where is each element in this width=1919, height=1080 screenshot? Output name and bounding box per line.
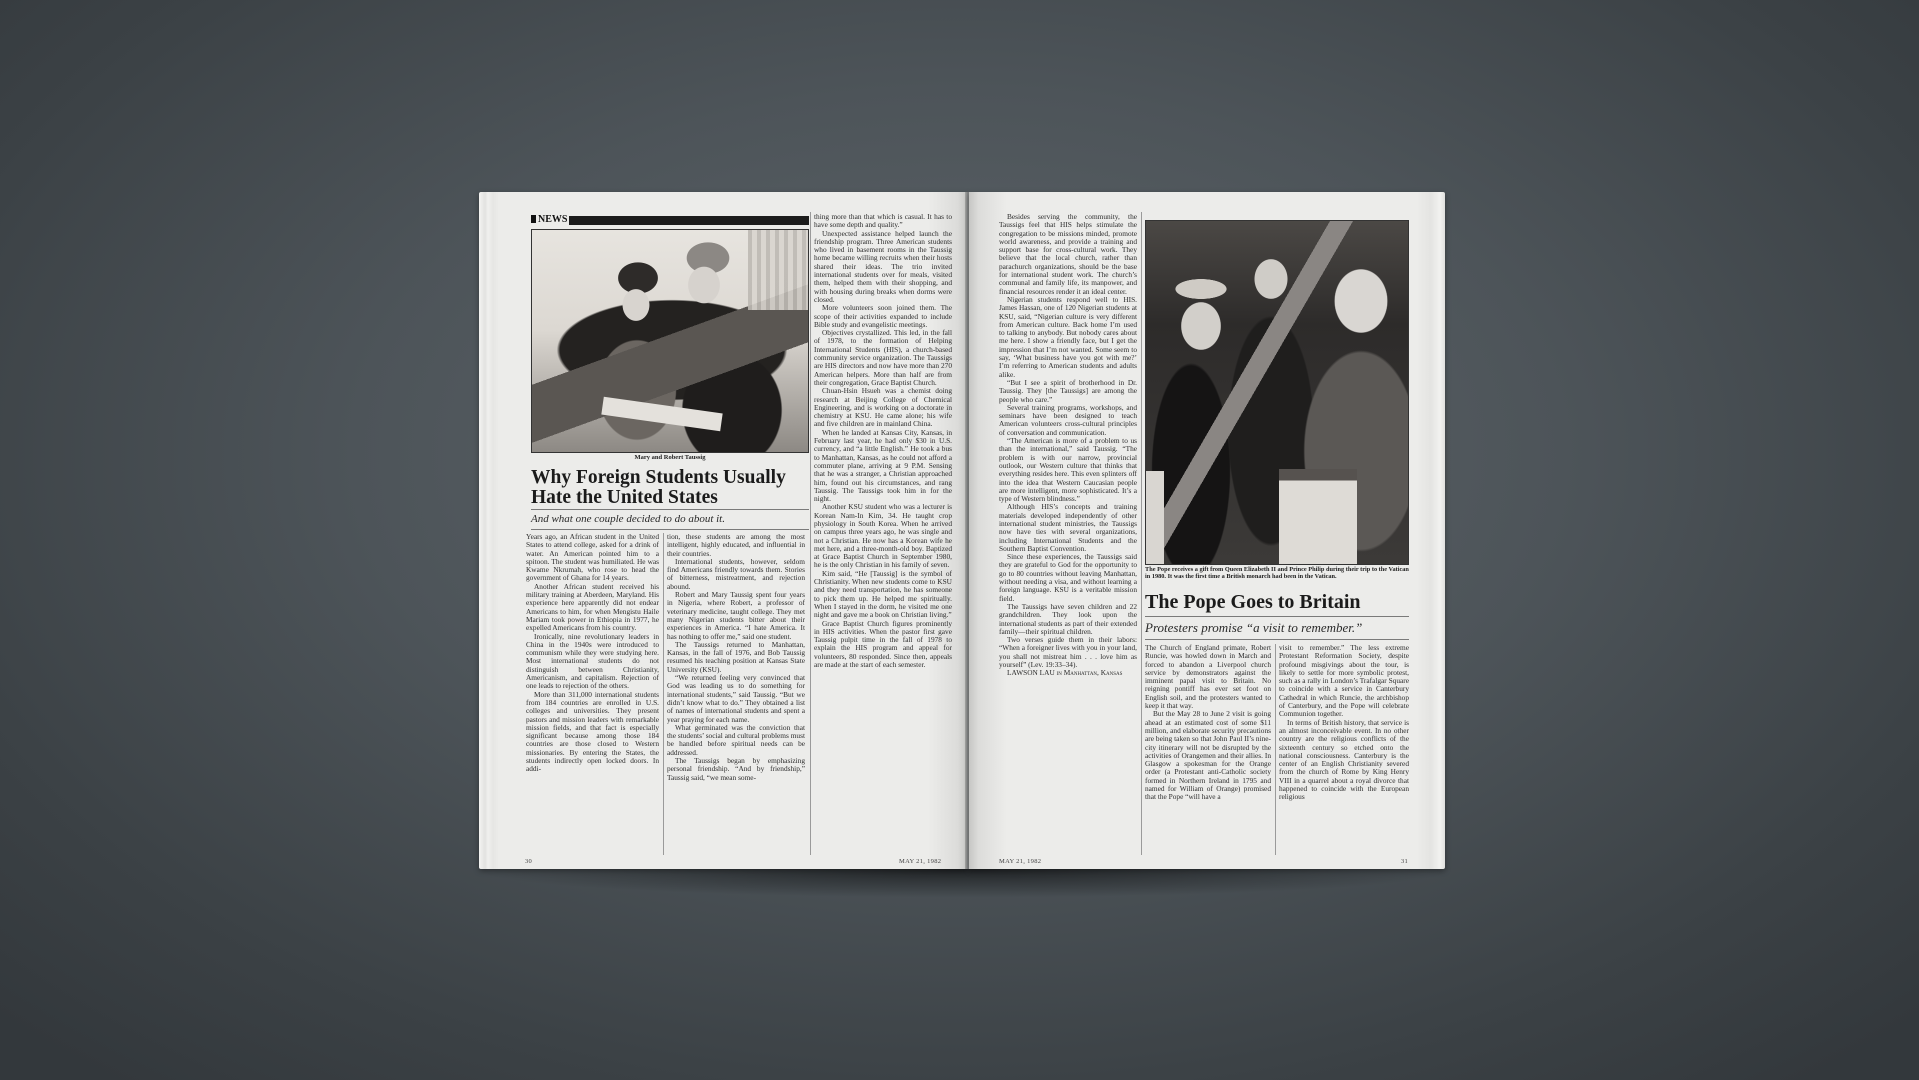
paragraph: Ironically, nine revolutionary leaders i… — [526, 633, 659, 691]
paragraph: Objectives crystallized. This led, in th… — [814, 329, 952, 387]
paragraph: Years ago, an African student in the Uni… — [526, 533, 659, 583]
paragraph: Unexpected assistance helped launch the … — [814, 230, 952, 305]
article-deck: And what one couple decided to do about … — [531, 513, 725, 525]
paragraph: The Taussigs returned to Manhattan, Kans… — [667, 641, 805, 674]
deck-rule — [531, 529, 809, 530]
article-column-3: thing more than that which is casual. It… — [814, 213, 952, 669]
taussig-couple-photo — [531, 229, 809, 453]
paragraph: Nigerian students respond well to HIS. J… — [999, 296, 1137, 379]
pope-column-1: The Church of England primate, Robert Ru… — [1145, 644, 1271, 802]
paragraph: Several training programs, workshops, an… — [999, 404, 1137, 437]
paragraph: Two verses guide them in their labors: “… — [999, 636, 1137, 669]
column-divider — [1141, 212, 1142, 855]
article-byline: LAWSON LAU in Manhattan, Kansas — [999, 669, 1137, 677]
book-detail — [601, 397, 722, 432]
paragraph: In terms of British history, that servic… — [1279, 719, 1409, 802]
page-number-right: 31 — [1401, 858, 1408, 865]
right-page: Besides serving the community, the Tauss… — [969, 192, 1445, 869]
paragraph: tion, these students are among the most … — [667, 533, 805, 558]
page-number-left: 30 — [525, 858, 532, 865]
column-divider — [663, 533, 664, 855]
paragraph: The Church of England primate, Robert Ru… — [1145, 644, 1271, 710]
paragraph: Another African student received his mil… — [526, 583, 659, 633]
paragraph: Another KSU student who was a lecturer i… — [814, 503, 952, 569]
paragraph: Kim said, “He [Taussig] is the symbol of… — [814, 570, 952, 620]
paragraph: visit to remember.” The less extreme Pro… — [1279, 644, 1409, 719]
continued-column: Besides serving the community, the Tauss… — [999, 213, 1137, 678]
article-column-1: Years ago, an African student in the Uni… — [526, 533, 659, 774]
left-page: NEWS Mary and Robert Taussig Why Foreign… — [479, 192, 967, 869]
news-section-label: NEWS — [531, 214, 569, 226]
pope-article-deck: Protesters promise “a visit to remember.… — [1145, 620, 1362, 636]
paragraph: Besides serving the community, the Tauss… — [999, 213, 1137, 296]
paragraph: Robert and Mary Taussig spent four years… — [667, 591, 805, 641]
pope-column-2: visit to remember.” The less extreme Pro… — [1279, 644, 1409, 802]
column-divider — [810, 212, 811, 855]
photo-caption: Mary and Robert Taussig — [531, 454, 809, 461]
headline-line-2: Hate the United States — [531, 488, 786, 508]
issue-date-right: MAY 21, 1982 — [999, 858, 1041, 865]
paragraph: “But I see a spirit of brotherhood in Dr… — [999, 379, 1137, 404]
paragraph: “We returned feeling very convinced that… — [667, 674, 805, 724]
paragraph: When he landed at Kansas City, Kansas, i… — [814, 429, 952, 504]
deck-rule — [1145, 639, 1409, 640]
magazine-spread: NEWS Mary and Robert Taussig Why Foreign… — [479, 192, 1445, 869]
issue-date-left: MAY 21, 1982 — [899, 858, 941, 865]
paragraph: More than 311,000 international students… — [526, 691, 659, 774]
paragraph: Grace Baptist Church figures prominently… — [814, 620, 952, 670]
paragraph: But the May 28 to June 2 visit is going … — [1145, 710, 1271, 801]
paragraph: International students, however, seldom … — [667, 558, 805, 591]
column-divider — [1275, 644, 1276, 855]
headline-rule — [531, 509, 809, 510]
gift-box-detail — [1146, 471, 1164, 564]
paragraph: “The American is more of a problem to us… — [999, 437, 1137, 503]
pope-photo-caption: The Pope receives a gift from Queen Eliz… — [1145, 566, 1413, 581]
paragraph: Although HIS’s concepts and training mat… — [999, 503, 1137, 553]
paragraph: Since these experiences, the Taussigs sa… — [999, 553, 1137, 603]
news-section-bar — [531, 216, 809, 225]
headline-line-1: Why Foreign Students Usually — [531, 468, 786, 488]
paragraph: Chuan-Hsin Hsueh was a chemist doing res… — [814, 387, 952, 428]
paragraph: The Taussigs began by emphasizing person… — [667, 757, 805, 782]
gift-box-detail — [1279, 469, 1357, 564]
article-column-2: tion, these students are among the most … — [667, 533, 805, 782]
pope-queen-photo — [1145, 220, 1409, 565]
paragraph: What germinated was the conviction that … — [667, 724, 805, 757]
paragraph: More volunteers soon joined them. The sc… — [814, 304, 952, 329]
paragraph: The Taussigs have seven children and 22 … — [999, 603, 1137, 636]
article-headline: Why Foreign Students Usually Hate the Un… — [531, 468, 786, 507]
curtain-detail — [748, 230, 808, 310]
pope-article-headline: The Pope Goes to Britain — [1145, 592, 1361, 612]
paragraph: thing more than that which is casual. It… — [814, 213, 952, 230]
headline-rule — [1145, 616, 1409, 617]
